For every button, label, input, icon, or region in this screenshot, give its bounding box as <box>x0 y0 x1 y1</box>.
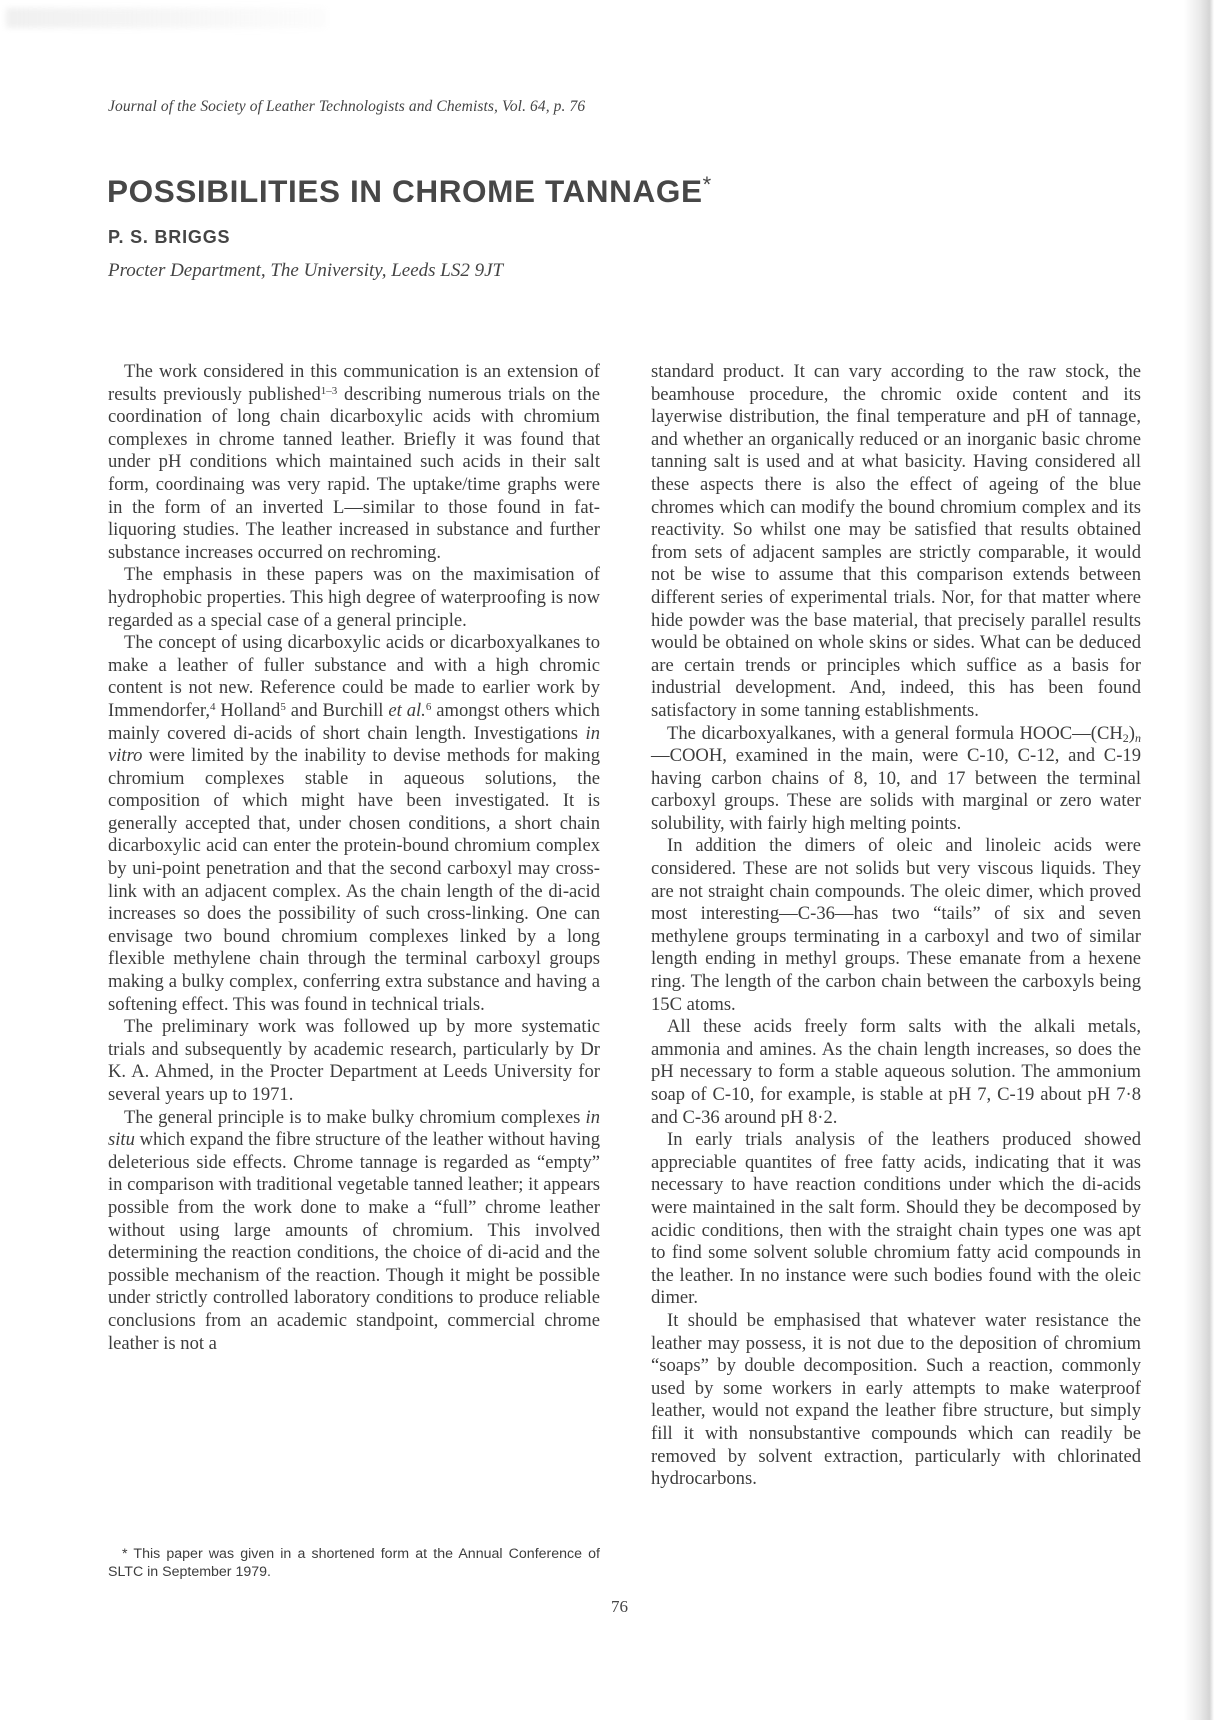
article-title-text: POSSIBILITIES IN CHROME TANNAGE <box>107 173 703 209</box>
paragraph: The concept of using dicarboxylic acids … <box>108 632 600 1016</box>
paragraph: The work considered in this communicatio… <box>108 361 600 564</box>
paragraph: In addition the dimers of oleic and lino… <box>651 835 1141 1016</box>
paragraph: All these acids freely form salts with t… <box>651 1016 1141 1129</box>
author-affiliation: Procter Department, The University, Leed… <box>108 260 503 282</box>
paragraph: The dicarboxyalkanes, with a general for… <box>651 723 1141 836</box>
reference-superscript: 6 <box>426 701 432 713</box>
article-title: POSSIBILITIES IN CHROME TANNAGE* <box>107 172 712 210</box>
footnote-body: This paper was given in a shortened form… <box>108 1546 600 1580</box>
paragraph: The preliminary work was followed up by … <box>108 1016 600 1106</box>
body-column-left: The work considered in this communicatio… <box>108 361 600 1355</box>
paragraph: In early trials analysis of the leathers… <box>651 1129 1141 1310</box>
footnote-text: * This paper was given in a shortened fo… <box>108 1546 600 1581</box>
paragraph: The general principle is to make bulky c… <box>108 1107 600 1356</box>
journal-citation: Journal of the Society of Leather Techno… <box>108 98 585 116</box>
paragraph: It should be emphasised that whatever wa… <box>651 1310 1141 1491</box>
body-column-right: standard product. It can vary according … <box>651 361 1141 1491</box>
footnote: * This paper was given in a shortened fo… <box>108 1546 600 1581</box>
reference-superscript: 1–3 <box>321 385 338 397</box>
reference-superscript: 5 <box>280 701 286 713</box>
reference-superscript: 4 <box>210 701 216 713</box>
scan-artifact <box>6 8 326 28</box>
title-footnote-marker: * <box>703 172 712 197</box>
paragraph: standard product. It can vary according … <box>651 361 1141 723</box>
paragraph: The emphasis in these papers was on the … <box>108 564 600 632</box>
article-author: P. S. BRIGGS <box>108 227 230 248</box>
page-number: 76 <box>611 1597 628 1617</box>
page-spine-shadow <box>1184 0 1214 1720</box>
